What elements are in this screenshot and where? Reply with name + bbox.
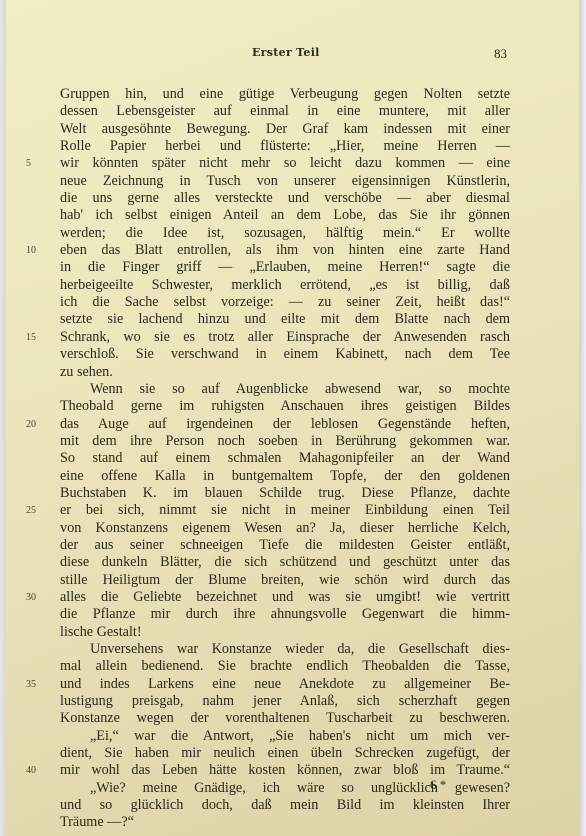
- line-text: Unversehens war Konstanze wieder da, die…: [90, 641, 510, 658]
- line-text: ich die Sache selbst vorzeige: — zu sein…: [60, 294, 510, 311]
- line-number: 5: [26, 155, 46, 172]
- line-number: 20: [26, 416, 46, 433]
- line-text: Schrank, wo sie es trotz aller Einsprach…: [60, 329, 510, 346]
- line-text: werden; die Idee ist, sozusagen, hälftig…: [60, 225, 510, 242]
- text-line: hab' ich selbst einigen Anteil an dem Lo…: [60, 207, 510, 224]
- text-line: lustigung preisgab, nahm jener Anlaß, si…: [60, 693, 510, 710]
- text-line: die uns gerne alles versteckte und versc…: [60, 190, 510, 207]
- text-line: So stand auf einem schmalen Mahagonipfei…: [60, 450, 510, 467]
- text-line: 20das Auge auf irgendeinen der leblosen …: [60, 416, 510, 433]
- line-text: dessen Lebensgeister auf einmal in eine …: [60, 103, 510, 120]
- line-text: und so glücklich doch, daß mein Bild im …: [60, 797, 510, 814]
- line-text: er bei sich, nimmt sie nicht in meiner E…: [60, 502, 510, 519]
- line-text: „Wie? meine Gnädige, ich wäre so unglück…: [90, 780, 510, 797]
- line-text: das Auge auf irgendeinen der leblosen Ge…: [60, 416, 510, 433]
- line-text: dient, Sie haben mir neulich einen übeln…: [60, 745, 510, 762]
- text-line: stille Heiligtum der Blume breiten, wie …: [60, 572, 510, 589]
- running-head: Erster Teil 83: [0, 46, 586, 62]
- line-text: zu sehen.: [60, 364, 510, 381]
- running-title: Erster Teil: [252, 46, 320, 59]
- text-line: 5wir könnten später nicht mehr so leicht…: [60, 155, 510, 172]
- line-text: stille Heiligtum der Blume breiten, wie …: [60, 572, 510, 589]
- line-text: neue Zeichnung in Tusch von unserer eige…: [60, 173, 510, 190]
- line-text: von Konstanzens eigenem Wesen an? Ja, di…: [60, 520, 510, 537]
- page-number: 83: [494, 46, 507, 62]
- line-text: lustigung preisgab, nahm jener Anlaß, si…: [60, 693, 510, 710]
- text-line: die Pflanze mir durch ihre ahnungsvolle …: [60, 606, 510, 623]
- text-line: 25er bei sich, nimmt sie nicht in meiner…: [60, 502, 510, 519]
- line-text: lische Gestalt!: [60, 624, 510, 641]
- line-text: hab' ich selbst einigen Anteil an dem Lo…: [60, 207, 510, 224]
- text-line: Welt ausgesöhnte Bewegung. Der Graf kam …: [60, 121, 510, 138]
- text-line: „Ei,“ war die Antwort, „Sie haben's nich…: [60, 728, 510, 745]
- line-number: 40: [26, 762, 46, 779]
- line-text: Buchstaben K. im blauen Schilde trug. Di…: [60, 485, 510, 502]
- text-line: verschloß. Sie verschwand in einem Kabin…: [60, 346, 510, 363]
- text-line: werden; die Idee ist, sozusagen, hälftig…: [60, 225, 510, 242]
- text-line: Theobald gerne im ruhigsten Anschauen ih…: [60, 398, 510, 415]
- text-line: herbeigeeilte Schwester, merklich erröte…: [60, 277, 510, 294]
- text-line: setzte sie lachend hinzu und eilte mit d…: [60, 311, 510, 328]
- text-line: zu sehen.: [60, 364, 510, 381]
- line-text: Rolle Papier herbei und flüsterte: „Hier…: [60, 138, 510, 155]
- text-line: diese dunkeln Blätter, die sich schützen…: [60, 554, 510, 571]
- line-text: verschloß. Sie verschwand in einem Kabin…: [60, 346, 510, 363]
- line-number: 25: [26, 502, 46, 519]
- line-text: mit dem ihre Person noch soeben in Berüh…: [60, 433, 510, 450]
- line-number: 35: [26, 676, 46, 693]
- body-text: Gruppen hin, und eine gütige Verbeugung …: [60, 86, 510, 832]
- text-line: der aus seiner schneeigen Tiefe die mild…: [60, 537, 510, 554]
- line-text: „Ei,“ war die Antwort, „Sie haben's nich…: [90, 728, 510, 745]
- text-line: Rolle Papier herbei und flüsterte: „Hier…: [60, 138, 510, 155]
- text-line: Unversehens war Konstanze wieder da, die…: [60, 641, 510, 658]
- line-text: alles die Geliebte bezeichnet und was si…: [60, 589, 510, 606]
- text-line: ich die Sache selbst vorzeige: — zu sein…: [60, 294, 510, 311]
- line-text: mal allein bedienend. Sie brachte endlic…: [60, 658, 510, 675]
- text-line: mal allein bedienend. Sie brachte endlic…: [60, 658, 510, 675]
- text-line: Buchstaben K. im blauen Schilde trug. Di…: [60, 485, 510, 502]
- text-line: Wenn sie so auf Augenblicke abwesend war…: [60, 381, 510, 398]
- text-line: 15Schrank, wo sie es trotz aller Einspra…: [60, 329, 510, 346]
- text-line: Konstanze wegen der vorenthaltenen Tusch…: [60, 710, 510, 727]
- line-text: Theobald gerne im ruhigsten Anschauen ih…: [60, 398, 510, 415]
- text-line: dient, Sie haben mir neulich einen übeln…: [60, 745, 510, 762]
- line-text: Konstanze wegen der vorenthaltenen Tusch…: [60, 710, 510, 727]
- line-text: herbeigeeilte Schwester, merklich erröte…: [60, 277, 510, 294]
- text-line: neue Zeichnung in Tusch von unserer eige…: [60, 173, 510, 190]
- line-text: Gruppen hin, und eine gütige Verbeugung …: [60, 86, 510, 103]
- line-text: wir könnten später nicht mehr so leicht …: [60, 155, 510, 172]
- text-line: dessen Lebensgeister auf einmal in eine …: [60, 103, 510, 120]
- line-text: die uns gerne alles versteckte und versc…: [60, 190, 510, 207]
- text-line: 35und indes Larkens eine neue Anekdote z…: [60, 676, 510, 693]
- line-text: eben das Blatt entrollen, als ihm von hi…: [60, 242, 510, 259]
- text-line: 30alles die Geliebte bezeichnet und was …: [60, 589, 510, 606]
- line-text: diese dunkeln Blätter, die sich schützen…: [60, 554, 510, 571]
- text-line: eine offene Kalla in buntgemaltem Topfe,…: [60, 468, 510, 485]
- text-line: 10eben das Blatt entrollen, als ihm von …: [60, 242, 510, 259]
- text-line: Gruppen hin, und eine gütige Verbeugung …: [60, 86, 510, 103]
- line-text: eine offene Kalla in buntgemaltem Topfe,…: [60, 468, 510, 485]
- line-text: So stand auf einem schmalen Mahagonipfei…: [60, 450, 510, 467]
- text-line: Träume —?“: [60, 814, 510, 831]
- line-text: setzte sie lachend hinzu und eilte mit d…: [60, 311, 510, 328]
- line-text: Wenn sie so auf Augenblicke abwesend war…: [90, 381, 510, 398]
- line-text: in die Finger griff — „Erlauben, meine H…: [60, 259, 510, 276]
- line-number: 10: [26, 242, 46, 259]
- scan-right-margin: [579, 0, 586, 836]
- text-line: mit dem ihre Person noch soeben in Berüh…: [60, 433, 510, 450]
- line-text: Welt ausgesöhnte Bewegung. Der Graf kam …: [60, 121, 510, 138]
- line-text: die Pflanze mir durch ihre ahnungsvolle …: [60, 606, 510, 623]
- line-text: der aus seiner schneeigen Tiefe die mild…: [60, 537, 510, 554]
- line-number: 30: [26, 589, 46, 606]
- text-line: lische Gestalt!: [60, 624, 510, 641]
- text-line: von Konstanzens eigenem Wesen an? Ja, di…: [60, 520, 510, 537]
- line-number: 15: [26, 329, 46, 346]
- line-text: und indes Larkens eine neue Anekdote zu …: [60, 676, 510, 693]
- line-text: Träume —?“: [60, 814, 510, 831]
- text-line: und so glücklich doch, daß mein Bild im …: [60, 797, 510, 814]
- signature-mark: 6 *: [430, 777, 446, 793]
- text-line: in die Finger griff — „Erlauben, meine H…: [60, 259, 510, 276]
